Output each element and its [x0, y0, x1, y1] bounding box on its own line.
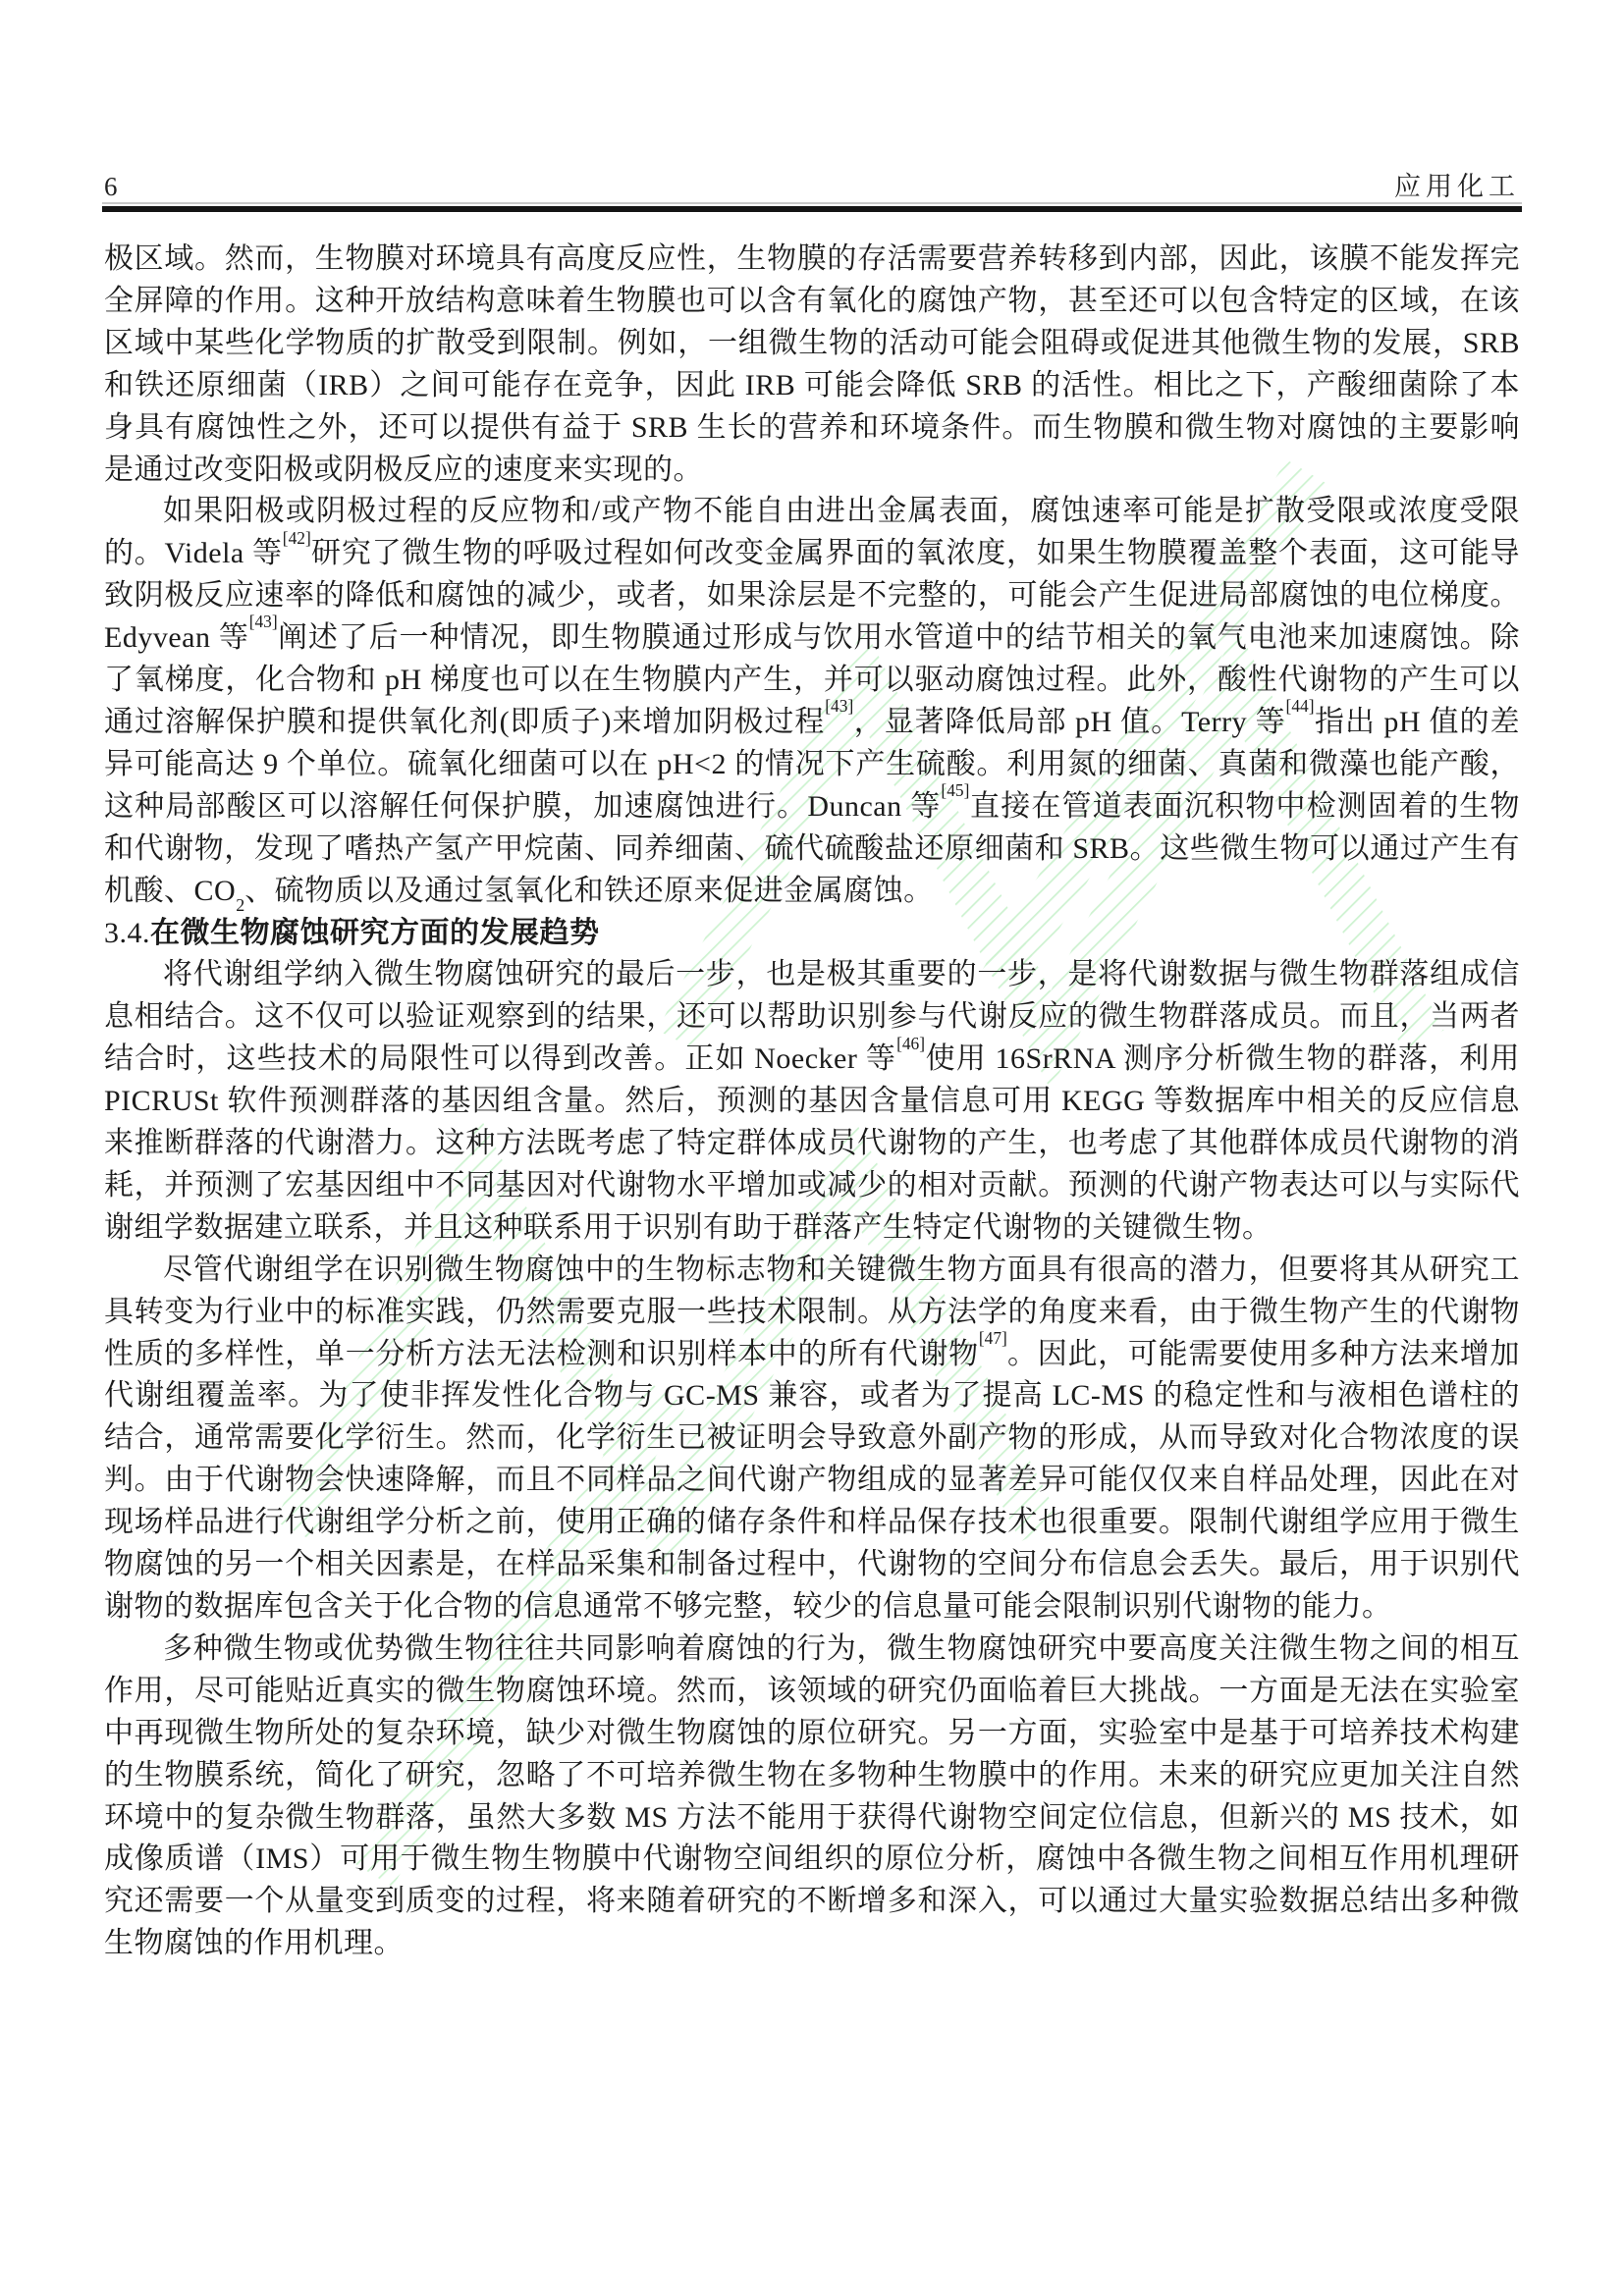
text-run: 、硫物质以及通过氢氧化和铁还原来促进金属腐蚀。: [244, 875, 934, 907]
citation-ref: [42]: [283, 528, 311, 548]
section-heading: 3.4.在微生物腐蚀研究方面的发展趋势: [104, 913, 1520, 955]
section-number: 3.4.: [104, 917, 150, 949]
journal-title: 应用化工: [1394, 165, 1520, 203]
subscript: 2: [236, 895, 244, 915]
citation-ref: [45]: [941, 780, 969, 800]
text-run: ，显著降低局部 pH 值。Terry 等: [853, 706, 1285, 738]
paragraph: 将代谢组学纳入微生物腐蚀研究的最后一步，也是极其重要的一步，是将代谢数据与微生物…: [104, 954, 1520, 1249]
paragraph: 极区域。然而，生物膜对环境具有高度反应性，生物膜的存活需要营养转移到内部，因此，…: [104, 239, 1520, 491]
page-number: 6: [104, 172, 118, 202]
header-rule: [102, 202, 1522, 212]
paragraph: 多种微生物或优势微生物往往共同影响着腐蚀的行为，微生物腐蚀研究中要高度关注微生物…: [104, 1629, 1520, 1965]
citation-ref: [44]: [1286, 696, 1315, 716]
citation-ref: [43]: [825, 696, 853, 716]
citation-ref: [43]: [249, 612, 278, 631]
body-text: 极区域。然而，生物膜对环境具有高度反应性，生物膜的存活需要营养转移到内部，因此，…: [104, 239, 1520, 1965]
header-rule-thin: [102, 202, 1522, 204]
text-run: 阐述了后一种情况，即生物膜通过形成与饮用水管道中的结节相关的氧气电池来加速腐蚀。…: [104, 621, 1520, 738]
citation-ref: [46]: [896, 1034, 925, 1053]
page-header: 6 应用化工: [104, 165, 1520, 203]
text-run: 极区域。然而，生物膜对环境具有高度反应性，生物膜的存活需要营养转移到内部，因此，…: [104, 242, 1520, 486]
text-run: 多种微生物或优势微生物往往共同影响着腐蚀的行为，微生物腐蚀研究中要高度关注微生物…: [104, 1632, 1520, 1959]
document-page: 6 应用化工 极区域。然而，生物膜对环境具有高度反应性，生物膜的存活需要营养转移…: [0, 0, 1624, 2296]
paragraph: 如果阳极或阴极过程的反应物和/或产物不能自由进出金属表面，腐蚀速率可能是扩散受限…: [104, 491, 1520, 912]
header-rule-thick: [102, 206, 1522, 212]
citation-ref: [47]: [979, 1328, 1007, 1348]
text-run: 在微生物腐蚀研究方面的发展趋势: [150, 917, 600, 949]
text-run: 。因此，可能需要使用多种方法来增加代谢组覆盖率。为了使非挥发性化合物与 GC-M…: [104, 1338, 1520, 1623]
paragraph: 尽管代谢组学在识别微生物腐蚀中的生物标志物和关键微生物方面具有很高的潜力，但要将…: [104, 1250, 1520, 1629]
